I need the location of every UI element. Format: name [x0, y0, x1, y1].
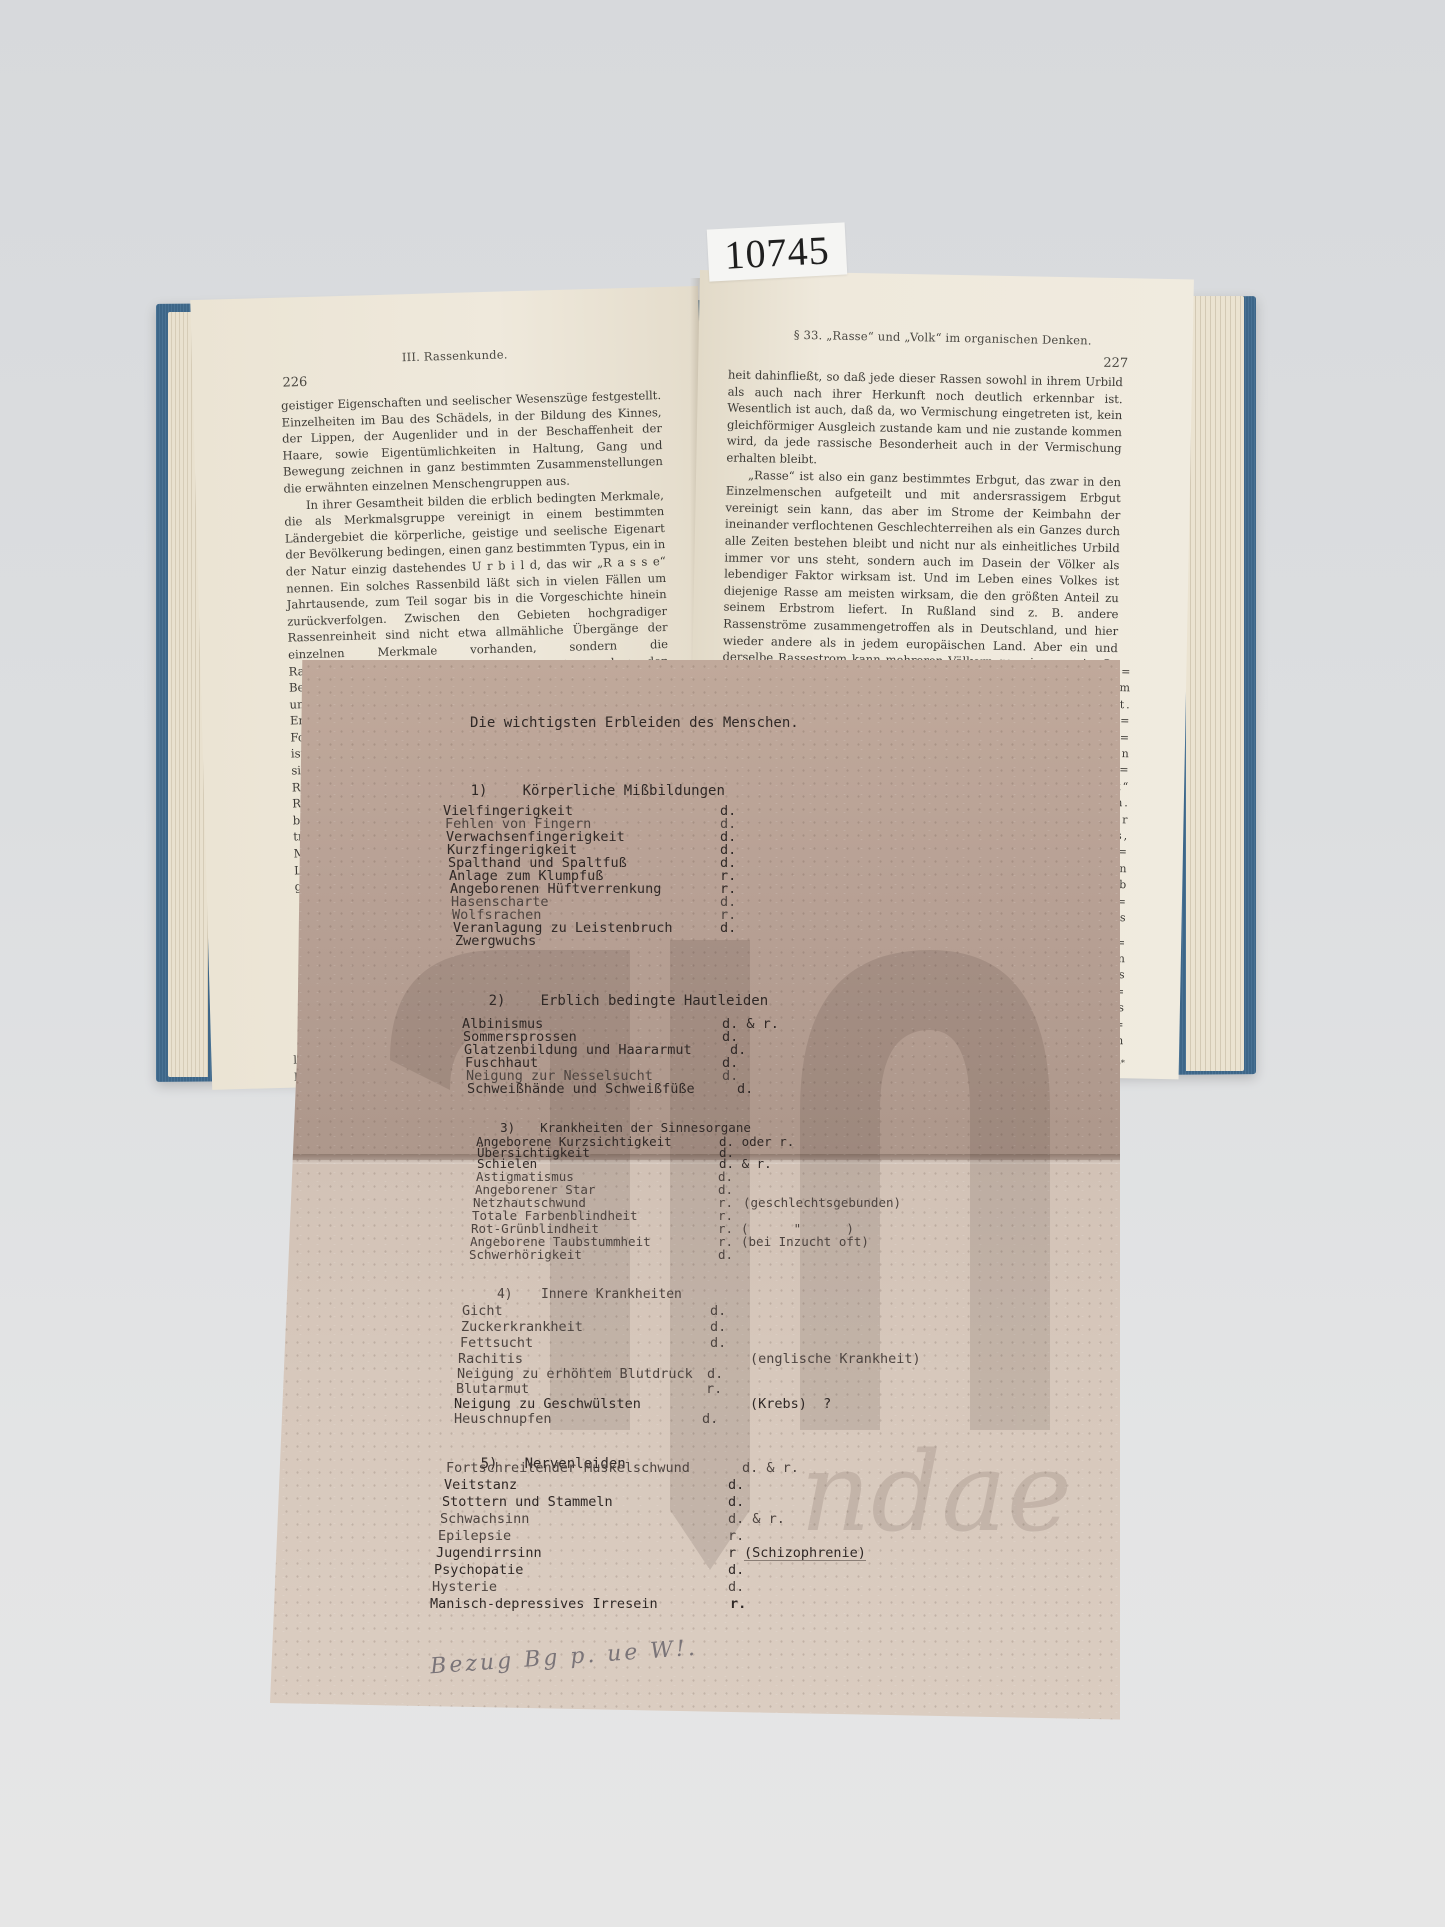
paper-texture	[270, 660, 1120, 1720]
list-item: Schwachsinnd. & r.	[440, 1513, 529, 1526]
list-item: Zuckerkrankheitd.	[461, 1321, 583, 1334]
list-item: Epilepsier.	[438, 1530, 511, 1543]
book-page-edges-right	[1186, 296, 1244, 1071]
left-running-head: III. Rassenkunde.	[402, 347, 508, 364]
list-item: Neigung zu Geschwülsten(Krebs) ?	[454, 1398, 641, 1411]
list-item: Manisch-depressives Irreseinr.	[430, 1598, 658, 1611]
right-page-number: 227	[1103, 356, 1128, 371]
list-item: Zwergwuchs	[455, 935, 536, 948]
left-paragraph: geistiger Eigenschaften und seelischer W…	[281, 387, 664, 497]
list-item: Gichtd.	[462, 1305, 503, 1318]
list-item: Jugendirrsinnr(Schizophrenie)	[436, 1547, 542, 1560]
right-running-head: § 33. „Rasse“ und „Volk“ im organischen …	[794, 328, 1092, 348]
list-item: Hysteried.	[432, 1581, 497, 1594]
photo-scene: III. Rassenkunde. 226 geistiger Eigensch…	[0, 0, 1445, 1927]
typewritten-sheet: ndae Die wichtigsten Erbleiden des Mensc…	[270, 660, 1120, 1720]
left-page-number: 226	[282, 375, 307, 391]
sheet-title: Die wichtigsten Erbleiden des Menschen.	[470, 717, 799, 730]
list-item: Stottern und Stammelnd.	[442, 1496, 613, 1509]
inventory-number: 10745	[723, 226, 830, 278]
list-item: Schielend. & r.	[477, 1158, 537, 1169]
list-item: Schwerhörigkeitd.	[469, 1249, 582, 1261]
right-paragraph: heit dahinfließt, so daß jede dieser Ras…	[726, 367, 1123, 474]
list-item: Psychopatied.	[434, 1564, 523, 1577]
list-item: Neigung zu erhöhtem Blutdruckd.	[457, 1368, 693, 1381]
list-item: Fortschreitender Muskelschwundd. & r.	[446, 1462, 690, 1475]
list-item: Blutarmutr.	[456, 1383, 529, 1396]
list-item: Heuschnupfend.	[454, 1413, 552, 1426]
list-item: Veitstanzd.	[444, 1479, 517, 1492]
list-item: Rachitis(englische Krankheit)	[458, 1353, 523, 1366]
inventory-label-tag: 10745	[707, 222, 848, 281]
list-item: Schweißhände und Schweißfüßed.	[467, 1083, 695, 1096]
list-item: Fettsuchtd.	[460, 1337, 533, 1350]
